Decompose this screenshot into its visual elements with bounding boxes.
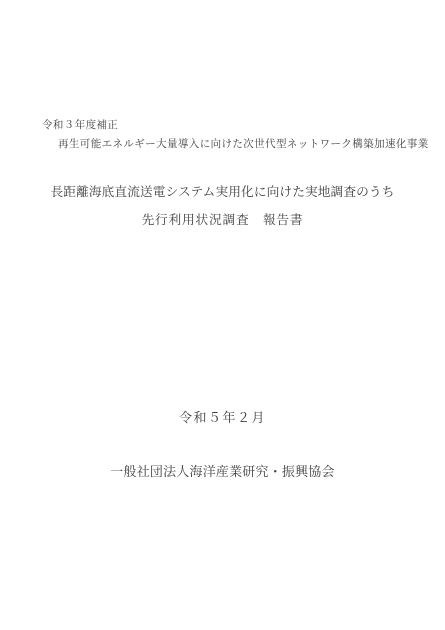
fiscal-year-supplement-label: 令和３年度補正 xyxy=(42,116,429,135)
organization-name: 一般社団法人海洋産業研究・振興協会 xyxy=(0,461,445,480)
report-title-line1: 長距離海底直流送電システム実用化に向けた実地調査のうち xyxy=(0,181,445,200)
publication-date: 令和５年２月 xyxy=(0,407,445,426)
program-name: 再生可能エネルギー大量導入に向けた次世代型ネットワーク構築加速化事業 xyxy=(42,135,429,154)
program-header: 令和３年度補正 再生可能エネルギー大量導入に向けた次世代型ネットワーク構築加速化… xyxy=(42,116,429,154)
report-title-line2: 先行利用状況調査 報告書 xyxy=(0,209,445,228)
report-cover-page: 令和３年度補正 再生可能エネルギー大量導入に向けた次世代型ネットワーク構築加速化… xyxy=(0,0,445,630)
